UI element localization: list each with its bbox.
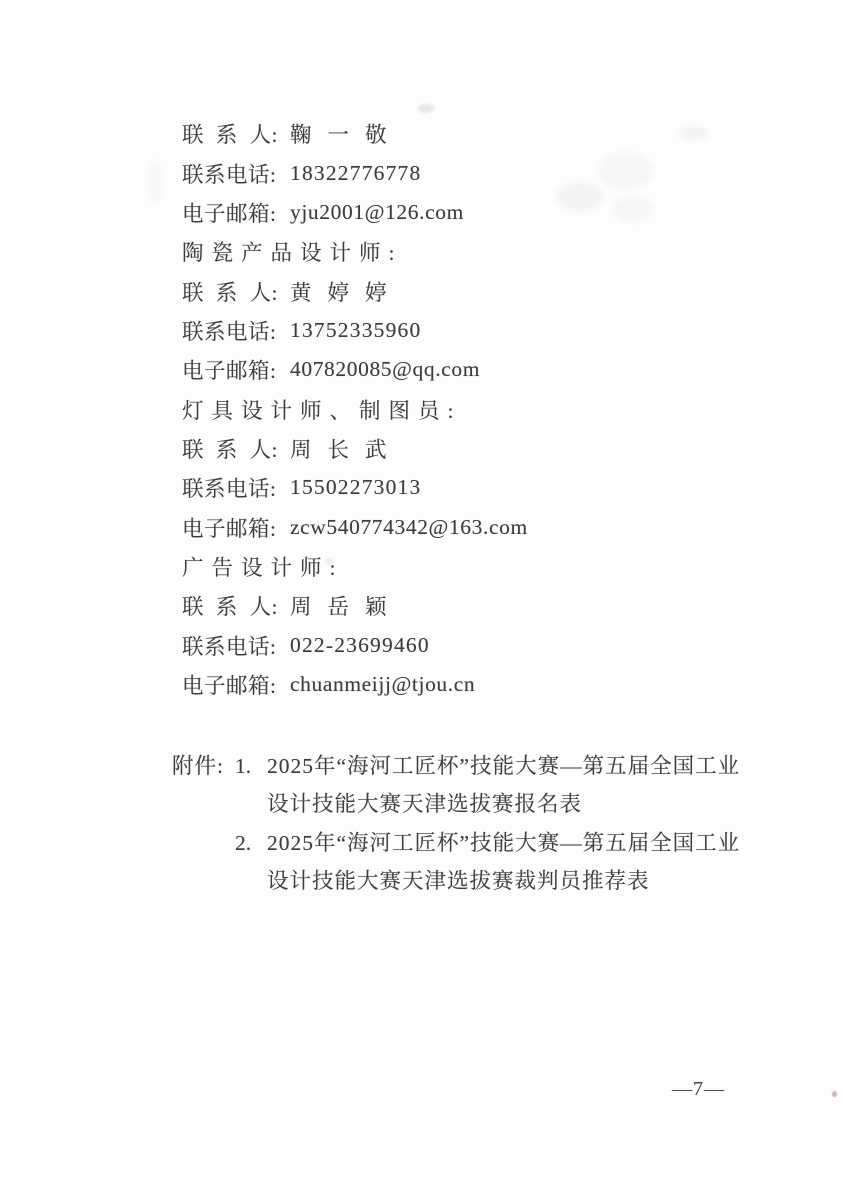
contact-field-row: 联 系 人:黄婷婷: [182, 271, 528, 310]
field-label: 联系电话:: [182, 315, 279, 346]
field-label: 联 系 人:: [182, 590, 279, 621]
field-value: 鞠一敬: [290, 118, 403, 149]
attachment-item: 1. 2025年“海河工匠杯”技能大赛—第五届全国工业 设计技能大赛天津选拔赛报…: [235, 747, 740, 824]
scan-artifact: [418, 104, 434, 113]
attachments-block: 附件: 1. 2025年“海河工匠杯”技能大赛—第五届全国工业 设计技能大赛天津…: [172, 747, 740, 901]
attachment-title-line: 2025年“海河工匠杯”技能大赛—第五届全国工业: [267, 747, 740, 785]
field-value: 周岳颖: [290, 590, 403, 621]
contact-field-row: 联 系 人:周长武: [182, 429, 528, 468]
field-value: yju2001@126.com: [290, 200, 464, 225]
field-value: zcw540774342@163.com: [290, 515, 528, 540]
field-value: 周长武: [290, 433, 403, 464]
section-heading-row: 广告设计师:: [182, 547, 528, 586]
scan-artifact: [832, 1091, 837, 1097]
field-value: 022-23699460: [290, 633, 430, 658]
attachment-item-title: 2025年“海河工匠杯”技能大赛—第五届全国工业 设计技能大赛天津选拔赛报名表: [267, 747, 740, 824]
contact-field-row: 联系电话:13752335960: [182, 311, 528, 350]
attachment-title-line: 2025年“海河工匠杯”技能大赛—第五届全国工业: [267, 824, 740, 862]
contact-field-row: 联 系 人:鞠一敬: [182, 114, 528, 153]
section-heading-row: 灯具设计师、制图员:: [182, 389, 528, 428]
field-value: chuanmeijj@tjou.cn: [290, 672, 475, 697]
scan-artifact: [556, 182, 604, 212]
field-value: 黄婷婷: [290, 276, 403, 307]
attachment-title-line: 设计技能大赛天津选拔赛裁判员推荐表: [267, 862, 740, 900]
attachments-items: 1. 2025年“海河工匠杯”技能大赛—第五届全国工业 设计技能大赛天津选拔赛报…: [235, 747, 740, 901]
attachment-item: 2. 2025年“海河工匠杯”技能大赛—第五届全国工业 设计技能大赛天津选拔赛裁…: [235, 824, 740, 901]
field-label: 联系电话:: [182, 630, 279, 661]
attachment-item-number: 2.: [235, 824, 267, 862]
field-label: 联 系 人:: [182, 433, 279, 464]
field-value: 15502273013: [290, 475, 421, 500]
scan-artifact: [612, 196, 654, 222]
contact-field-row: 联系电话:022-23699460: [182, 625, 528, 664]
attachment-title-line: 设计技能大赛天津选拔赛报名表: [267, 785, 740, 823]
field-label: 联系电话:: [182, 472, 279, 503]
field-label: 电子邮箱:: [182, 197, 279, 228]
field-label: 联系电话:: [182, 158, 279, 189]
contact-field-row: 电子邮箱:zcw540774342@163.com: [182, 507, 528, 546]
contact-field-row: 联系电话:18322776778: [182, 153, 528, 192]
field-value: 18322776778: [290, 161, 421, 186]
contact-field-row: 电子邮箱:yju2001@126.com: [182, 193, 528, 232]
field-value: 407820085@qq.com: [290, 357, 480, 382]
field-label: 电子邮箱:: [182, 512, 279, 543]
field-value: 13752335960: [290, 318, 421, 343]
scan-artifact: [598, 152, 653, 190]
section-heading-row: 陶瓷产品设计师:: [182, 232, 528, 271]
attachments-label: 附件:: [172, 747, 235, 785]
field-label: 电子邮箱:: [182, 354, 279, 385]
attachment-item-title: 2025年“海河工匠杯”技能大赛—第五届全国工业 设计技能大赛天津选拔赛裁判员推…: [267, 824, 740, 901]
contact-info-list: 联 系 人:鞠一敬联系电话:18322776778电子邮箱:yju2001@12…: [182, 114, 528, 704]
page-number: —7—: [672, 1078, 725, 1101]
field-label: 联 系 人:: [182, 276, 279, 307]
field-label: 联 系 人:: [182, 118, 279, 149]
contact-field-row: 联 系 人:周岳颖: [182, 586, 528, 625]
scanned-document-page: 联 系 人:鞠一敬联系电话:18322776778电子邮箱:yju2001@12…: [0, 0, 848, 1200]
contact-field-row: 电子邮箱:407820085@qq.com: [182, 350, 528, 389]
scan-artifact: [148, 160, 162, 205]
scan-artifact: [678, 126, 708, 140]
attachment-item-number: 1.: [235, 747, 267, 785]
contact-field-row: 联系电话:15502273013: [182, 468, 528, 507]
contact-field-row: 电子邮箱:chuanmeijj@tjou.cn: [182, 665, 528, 704]
field-label: 电子邮箱:: [182, 669, 279, 700]
